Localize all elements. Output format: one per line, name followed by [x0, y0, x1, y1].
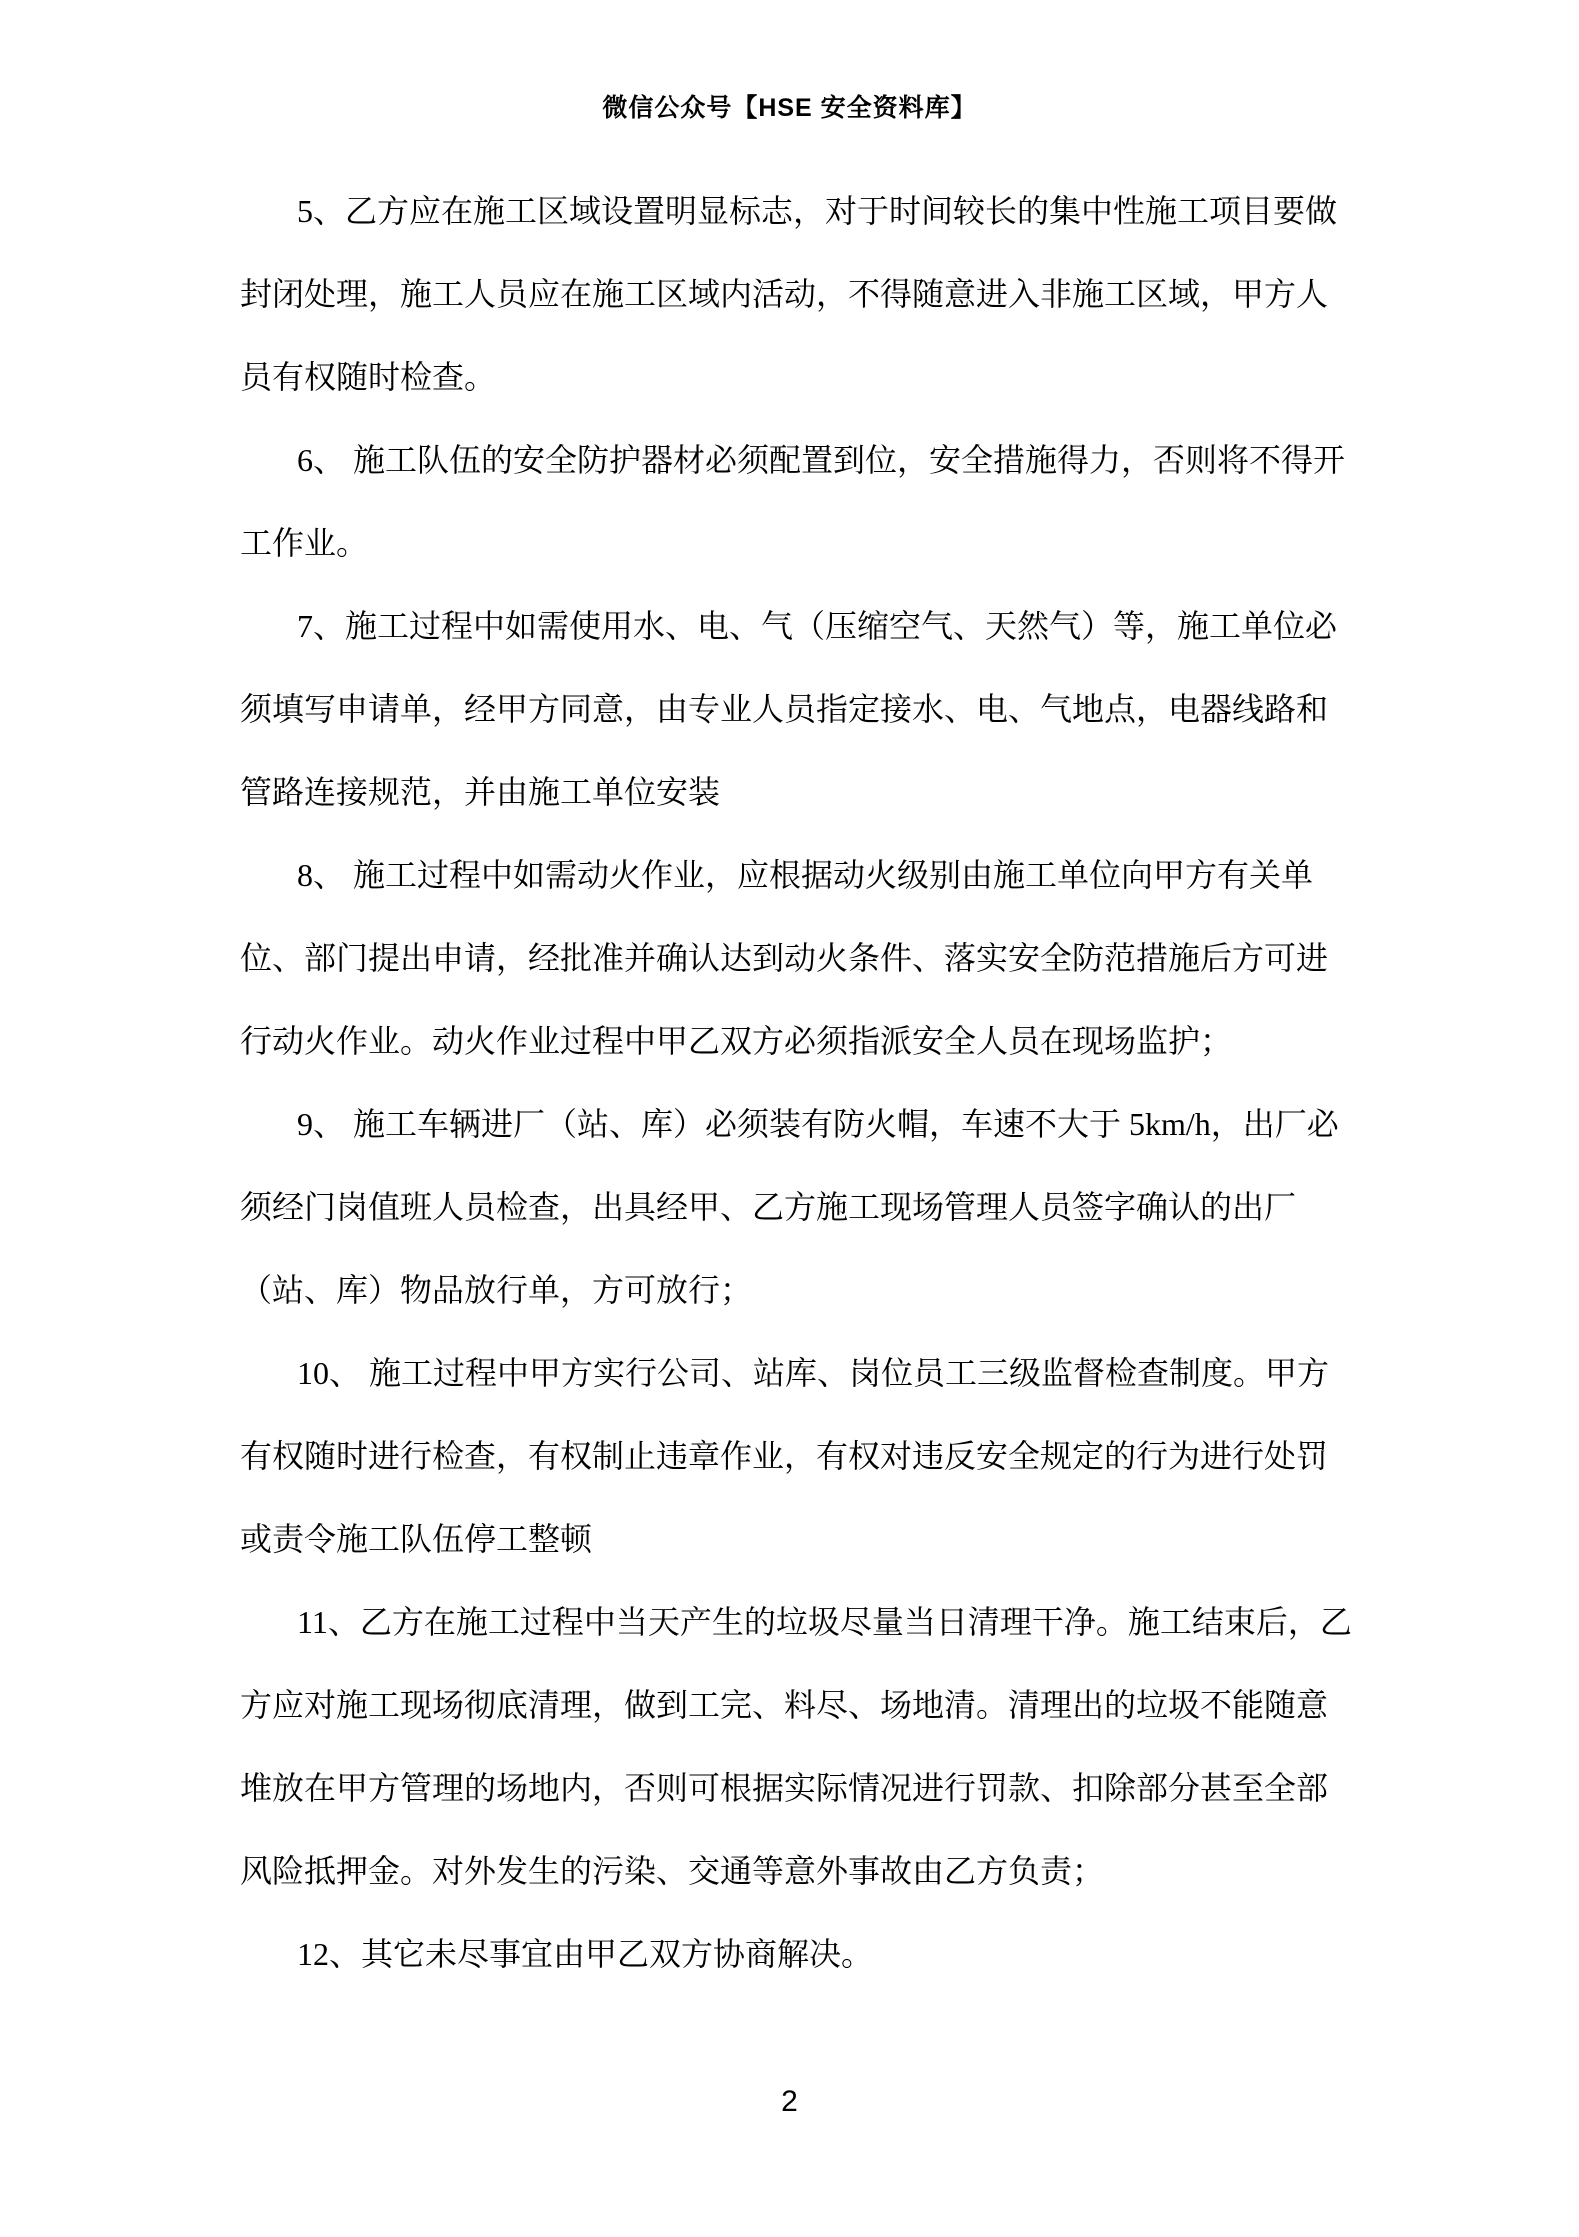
- wechat-account-header: 微信公众号【HSE 安全资料库】: [0, 0, 1579, 126]
- clause-5: 5、乙方应在施工区域设置明显标志，对于时间较长的集中性施工项目要做封闭处理，施工…: [240, 170, 1355, 419]
- document-body: 5、乙方应在施工区域设置明显标志，对于时间较长的集中性施工项目要做封闭处理，施工…: [240, 170, 1355, 1996]
- document-page: 微信公众号【HSE 安全资料库】 5、乙方应在施工区域设置明显标志，对于时间较长…: [0, 0, 1579, 2237]
- clause-10: 10、 施工过程中甲方实行公司、站库、岗位员工三级监督检查制度。甲方有权随时进行…: [240, 1332, 1355, 1581]
- clause-12: 12、其它未尽事宜由甲乙双方协商解决。: [240, 1913, 1355, 1996]
- clause-8: 8、 施工过程中如需动火作业，应根据动火级别由施工单位向甲方有关单位、部门提出申…: [240, 834, 1355, 1083]
- clause-6: 6、 施工队伍的安全防护器材必须配置到位，安全措施得力，否则将不得开工作业。: [240, 419, 1355, 585]
- clause-11: 11、乙方在施工过程中当天产生的垃圾尽量当日清理干净。施工结束后，乙方应对施工现…: [240, 1581, 1355, 1913]
- clause-9: 9、 施工车辆进厂（站、库）必须装有防火帽，车速不大于 5km/h，出厂必须经门…: [240, 1083, 1355, 1332]
- page-number: 2: [0, 2082, 1579, 2122]
- clause-7: 7、施工过程中如需使用水、电、气（压缩空气、天然气）等，施工单位必须填写申请单，…: [240, 585, 1355, 834]
